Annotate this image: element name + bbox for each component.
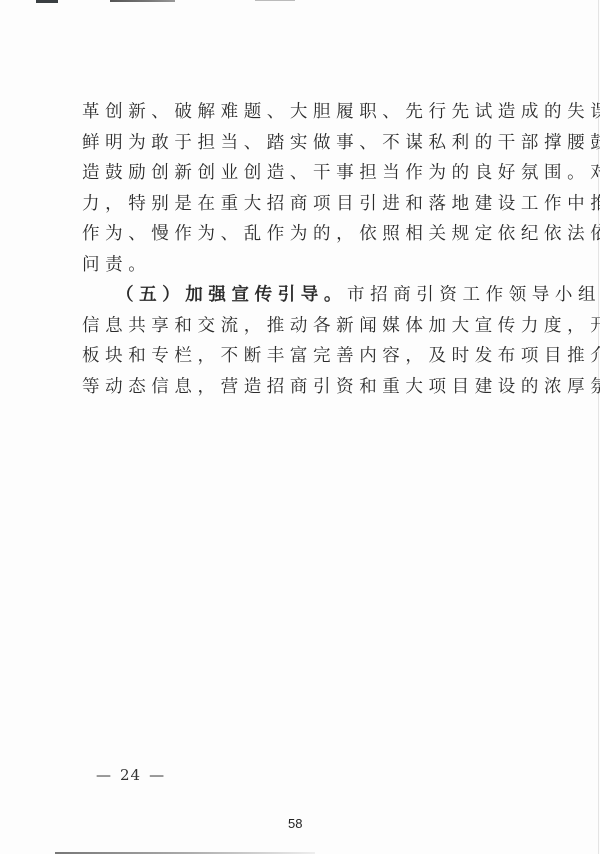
text-line: 信息共享和交流，推动各新闻媒体加大宣传力度，开辟招商引资 bbox=[82, 311, 552, 342]
text-line: （五）加强宣传引导。市招商引资工作领导小组办公室加强 bbox=[82, 280, 552, 311]
page-number-value: 24 bbox=[120, 766, 141, 784]
document-body: 革创新、破解难题、大胆履职、先行先试造成的失误错误，旗帜 鲜明为敢于担当、踏实做… bbox=[82, 97, 552, 402]
text-line: 革创新、破解难题、大胆履职、先行先试造成的失误错误，旗帜 bbox=[82, 97, 552, 128]
text-line: 造鼓励创新创业创造、干事担当作为的良好氛围。对推进工作不 bbox=[82, 158, 552, 189]
section-heading: （五）加强宣传引导。 bbox=[116, 285, 347, 305]
text-line: 力，特别是在重大招商项目引进和落地建设工作中推诿扯皮和不 bbox=[82, 189, 552, 220]
text-line: 作为、慢作为、乱作为的，依照相关规定依纪依法依规进行 bbox=[82, 219, 552, 250]
text-line: 问责。 bbox=[82, 250, 552, 281]
paragraph-accountability: 革创新、破解难题、大胆履职、先行先试造成的失误错误，旗帜 鲜明为敢于担当、踏实做… bbox=[82, 97, 552, 280]
dash-left: — bbox=[96, 766, 112, 784]
text-line: 等动态信息，营造招商引资和重大项目建设的浓厚氛围。 bbox=[82, 372, 552, 403]
dash-right: — bbox=[149, 766, 165, 784]
scan-artifact-mark bbox=[36, 0, 58, 3]
text-line: 鲜明为敢于担当、踏实做事、不谋私利的干部撑腰鼓劲，积极营 bbox=[82, 128, 552, 159]
paragraph-publicity: （五）加强宣传引导。市招商引资工作领导小组办公室加强 信息共享和交流，推动各新闻… bbox=[82, 280, 552, 402]
pdf-page-number: 58 bbox=[288, 816, 302, 831]
document-page-number: —24— bbox=[88, 766, 173, 784]
scan-artifact-mark bbox=[110, 0, 175, 2]
scan-artifact-edge bbox=[598, 0, 599, 854]
text-line: 板块和专栏，不断丰富完善内容，及时发布项目推介和签约建设 bbox=[82, 341, 552, 372]
text-segment: 市招商引资工作领导小组办公室加强 bbox=[347, 285, 600, 305]
scan-artifact-mark bbox=[255, 0, 295, 1]
